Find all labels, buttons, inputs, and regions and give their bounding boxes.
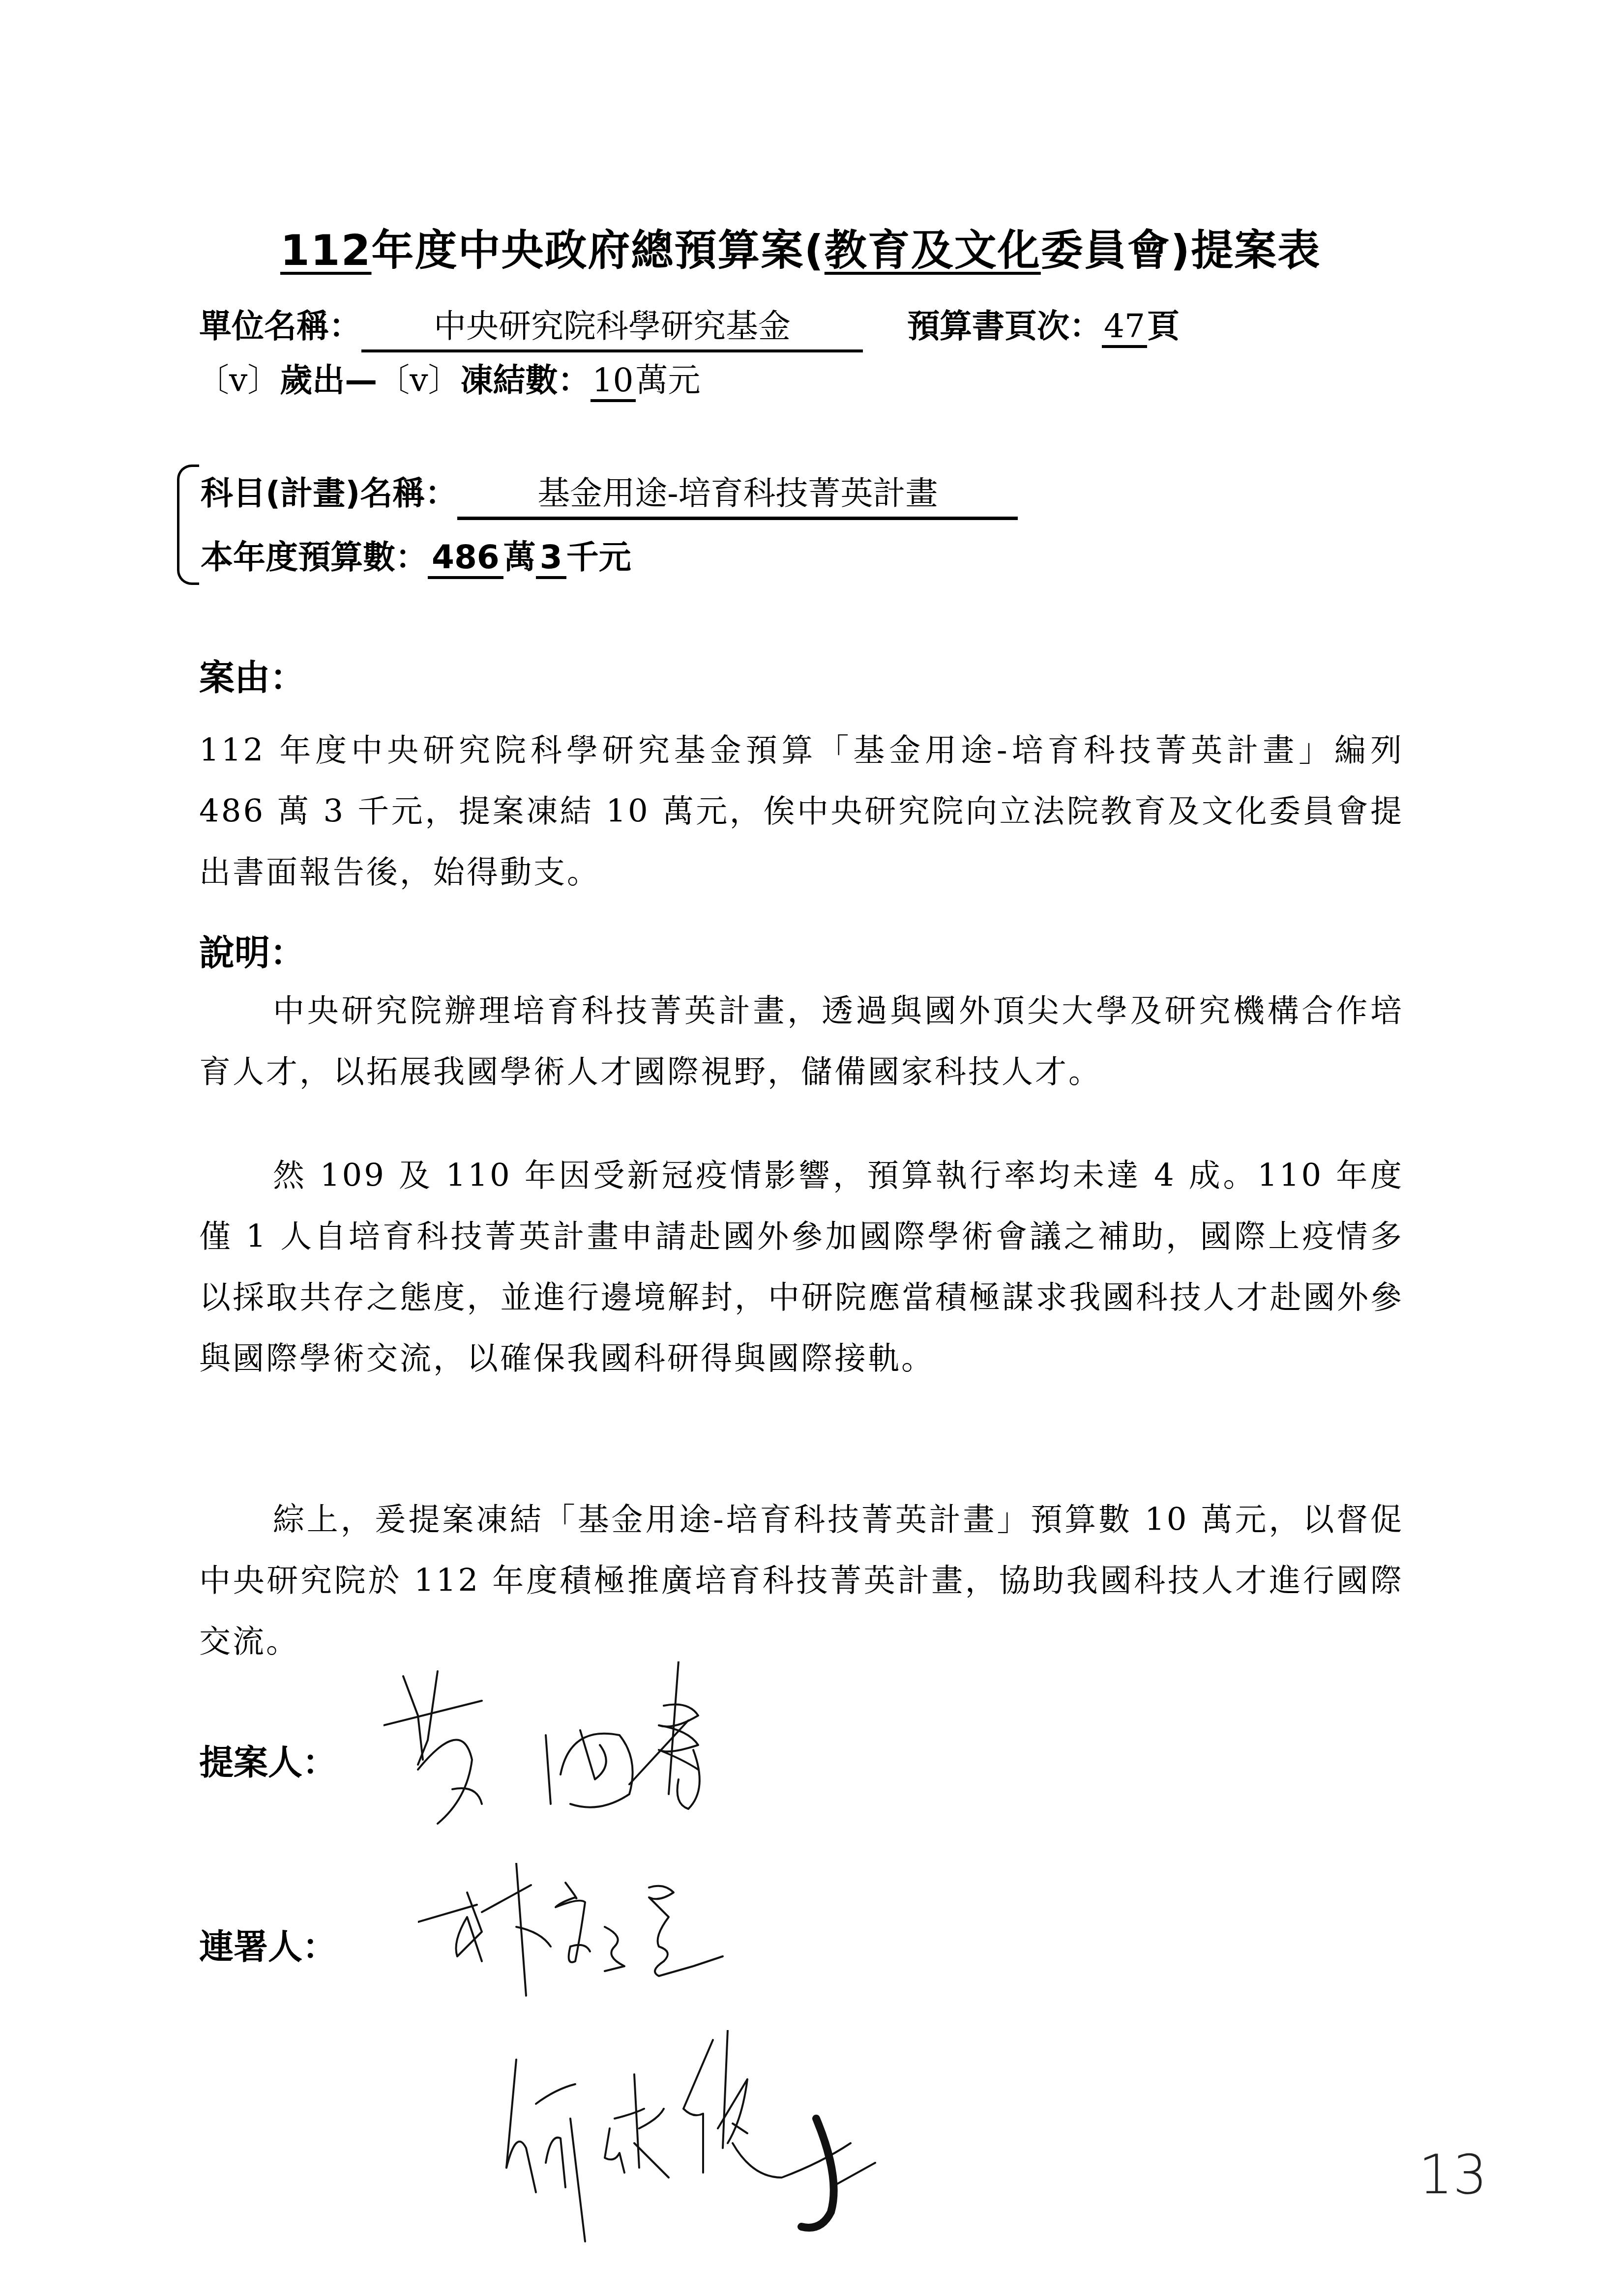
item-label: 科目(計畫)名稱： (201, 474, 457, 512)
unit-line: 單位名稱：中央研究院科學研究基金預算書頁次：47頁 (199, 300, 1180, 352)
title-mid: 年度中央政府總預算案( (372, 226, 825, 275)
item-value: 基金用途-培育科技菁英計畫 (457, 467, 1018, 520)
budget-qian: 3 (536, 538, 566, 579)
expense-label: 歲出— (280, 361, 377, 399)
cosigner-signature (497, 2030, 1146, 2276)
explain-paragraph: 綜上，爰提案凍結「基金用途-培育科技菁英計畫」預算數 10 萬元，以督促中央研究… (199, 1489, 1404, 1672)
freeze-value: 10 (591, 361, 636, 402)
budget-qian-unit: 千元 (566, 538, 631, 576)
expense-checkbox: 〔v〕 (197, 361, 280, 399)
bracket-decoration (177, 465, 199, 585)
document-title: 112年度中央政府總預算案(教育及文化委員會)提案表 (280, 216, 1321, 277)
page-ref-value: 47 (1102, 307, 1147, 348)
explain-paragraph: 然 109 及 110 年因受新冠疫情影響，預算執行率均未達 4 成。110 年… (199, 1145, 1404, 1389)
budget-line: 本年度預算數：486萬3千元 (201, 531, 631, 578)
item-line: 科目(計畫)名稱：基金用途-培育科技菁英計畫 (201, 467, 1018, 520)
page-reference: 預算書頁次：47頁 (907, 307, 1180, 348)
explain-heading: 說明： (199, 924, 305, 975)
budget-label: 本年度預算數： (201, 538, 428, 576)
explain-paragraph: 中央研究院辦理培育科技菁英計畫，透過與國外頂尖大學及研究機構合作培育人才，以拓展… (199, 981, 1404, 1103)
freeze-unit: 萬元 (636, 361, 701, 399)
reason-heading: 案由： (199, 649, 305, 700)
page-ref-suffix: 頁 (1147, 307, 1180, 345)
freeze-checkbox: 〔v〕 (377, 361, 460, 399)
budget-wan: 486 (428, 538, 503, 579)
title-year: 112 (280, 226, 372, 275)
title-committee: 教育及文化 (825, 226, 1041, 275)
proposer-signature (384, 1661, 885, 1868)
page-ref-label: 預算書頁次： (907, 307, 1102, 345)
cosigner-signature (418, 1863, 860, 2010)
cosigner-label: 連署人： (199, 1919, 337, 1969)
page-number: 13 (1418, 2143, 1487, 2206)
reason-body: 112 年度中央研究院科學研究基金預算「基金用途-培育科技菁英計畫」編列 486… (199, 720, 1404, 903)
unit-label: 單位名稱： (199, 307, 361, 345)
title-end: 委員會)提案表 (1041, 226, 1321, 275)
unit-value: 中央研究院科學研究基金 (361, 300, 863, 352)
freeze-label: 凍結數： (461, 361, 591, 399)
freeze-line: 〔v〕歲出—〔v〕凍結數：10萬元 (197, 354, 701, 401)
budget-wan-unit: 萬 (503, 538, 536, 576)
proposer-label: 提案人： (199, 1735, 337, 1785)
